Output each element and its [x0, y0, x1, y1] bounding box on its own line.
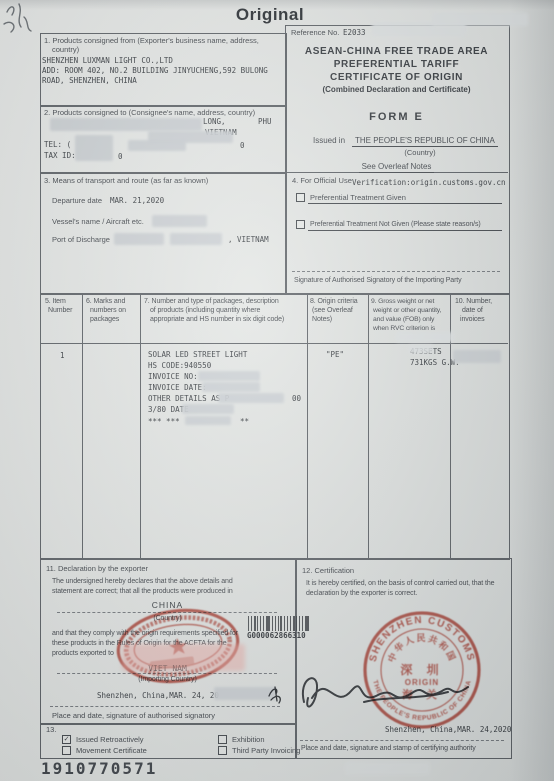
vessel-label: Vessel's name / Aircraft etc. — [52, 217, 144, 226]
header-weight-3: and value (FOB) only — [373, 316, 434, 323]
declaration-place-date: Shenzhen, China,MAR. 24, 20 — [97, 691, 219, 700]
redaction-stamp-pink — [122, 644, 245, 671]
box12-label: 12. Certification — [302, 566, 354, 575]
redaction-port-1 — [114, 233, 164, 245]
box3-label: 3. Means of transport and route (as far … — [44, 176, 208, 185]
redaction-consignee-4 — [128, 140, 186, 151]
third-party-invoicing-checkbox — [218, 746, 227, 755]
importing-signature-caption: Signature of Authorised Signatory of the… — [294, 277, 462, 284]
row-desc-7: *** *** — [148, 417, 180, 426]
movement-certificate-label: Movement Certificate — [76, 746, 147, 755]
port-label: Port of Discharge — [52, 235, 110, 244]
stamp-arc-inner: 中华人民共和国 — [385, 632, 459, 664]
row-desc-1: SOLAR LED STREET LIGHT — [148, 350, 247, 359]
verification-url: Verification:origin.customs.gov.cn — [352, 178, 506, 187]
issued-in-value: THE PEOPLE'S REPUBLIC OF CHINA — [352, 136, 498, 147]
box4-label: 4. For Official Use — [292, 176, 352, 185]
header-marks-1: 6. Marks and — [86, 298, 125, 305]
reference-value: E2033 — [343, 28, 366, 37]
redaction-invoice-no — [198, 371, 260, 381]
row-desc-5b: 00 — [292, 394, 301, 403]
declaration-text1a: The undersigned hereby declares that the… — [52, 578, 233, 585]
redaction-header-weight — [396, 332, 454, 342]
overleaf-note-text: See Overleaf Notes — [359, 162, 435, 173]
declaration-text1b: statement are correct; that all the prod… — [52, 588, 233, 595]
preferential-given-label: Preferential Treatment Given — [310, 193, 406, 202]
box2-label: 2. Products consigned to (Consignee's na… — [44, 108, 255, 117]
certifier-signature — [298, 662, 483, 722]
header-item-2: Number — [48, 307, 72, 314]
exporter-address2: ROAD, SHENZHEN, CHINA — [42, 76, 137, 85]
svg-text:中华人民共和国: 中华人民共和国 — [385, 632, 459, 664]
exhibition-label: Exhibition — [232, 735, 265, 744]
certificate-title-3: CERTIFICATE OF ORIGIN — [285, 72, 508, 83]
header-marks-2: numbers on — [90, 307, 126, 314]
box1-label: 1. Products consigned from (Exporter's b… — [44, 36, 259, 45]
row-item-number: 1 — [60, 351, 65, 360]
consignee-frag-long: LONG, — [203, 117, 226, 126]
header-desc-2: of products (including quantity where — [150, 307, 260, 314]
table-col-line-2 — [140, 293, 141, 558]
preferential-given-checkbox — [296, 193, 305, 202]
row-desc-3: INVOICE NO: — [148, 372, 198, 381]
redaction-port-2 — [170, 233, 222, 245]
form-e-label: FORM E — [285, 111, 508, 123]
header-invoice-2: date of — [462, 307, 483, 314]
departure-value: MAR. 21,2020 — [110, 196, 164, 205]
header-weight-4: when RVC criterion is — [373, 325, 435, 332]
redaction-cert-corner — [345, 762, 430, 775]
table-header-line — [40, 343, 508, 344]
consignee-frag-tax2: 0 — [118, 152, 123, 161]
row-desc-4: INVOICE DATE: — [148, 383, 207, 392]
redaction-date-380 — [182, 404, 234, 414]
third-party-invoicing-label: Third Party Invoicing — [232, 746, 300, 755]
importing-signature-dashline — [292, 271, 500, 272]
departure-label: Departure date — [52, 196, 102, 205]
exporter-name: SHENZHEN LUXMAN LIGHT CO.,LTD — [42, 56, 173, 65]
certificate-title-4: (Combined Declaration and Certificate) — [285, 85, 508, 94]
box11-label: 11. Declaration by the exporter — [46, 564, 148, 573]
preferential-given-line — [308, 203, 502, 204]
declaration-sig-dashline — [50, 706, 280, 707]
redaction-invoice-col — [453, 350, 501, 363]
overleaf-note: See Overleaf Notes — [285, 162, 508, 171]
header-marks-3: packages — [90, 316, 119, 323]
issued-in-caption: (Country) — [330, 148, 510, 157]
redaction-invoice-date — [202, 382, 260, 392]
consignee-frag-tel2: 0 — [240, 141, 245, 150]
header-invoice-3: invoices — [460, 316, 485, 323]
issued-in-label: Issued in — [313, 136, 345, 145]
redaction-consignee-3 — [75, 135, 113, 161]
port-value-suffix: , VIETNAM — [228, 235, 269, 244]
redaction-consignee-1 — [50, 118, 202, 131]
preferential-notgiven-line — [308, 230, 502, 231]
box1-label2: country) — [52, 45, 79, 54]
header-invoice-1: 10. Number, — [455, 298, 492, 305]
table-col-line-1 — [82, 293, 83, 558]
header-desc-1: 7. Number and type of packages, descript… — [144, 298, 279, 305]
certificate-title-2: PREFERENTIAL TARIFF — [285, 59, 508, 70]
redaction-other-details — [218, 393, 284, 403]
consignee-frag-phu: PHU — [258, 117, 272, 126]
certification-text2: declaration by the exporter is correct. — [306, 590, 417, 597]
exhibition-checkbox — [218, 735, 227, 744]
certificate-title-1: ASEAN-CHINA FREE TRADE AREA — [285, 46, 508, 57]
table-col-line-3 — [307, 293, 308, 558]
preferential-notgiven-checkbox — [296, 220, 305, 229]
box13-label: 13. — [46, 725, 56, 734]
redaction-reference-top — [432, 13, 528, 26]
redaction-quantity — [409, 345, 433, 354]
row-desc-2: HS CODE:940550 — [148, 361, 211, 370]
table-col-line-4 — [368, 293, 369, 558]
scanned-certificate: Original 1. Products consigned from (Exp… — [0, 0, 554, 781]
issued-retroactively-checkbox: ✓ — [62, 735, 71, 744]
scan-right-shadow — [510, 0, 554, 781]
consignee-frag-tel: TEL: ( — [44, 140, 71, 149]
header-desc-3: appropriate and HS number in six digit c… — [150, 316, 284, 323]
row-origin-criteria: "PE" — [326, 350, 344, 359]
header-origin-2: (see Overleaf — [312, 307, 353, 314]
header-weight-2: weight or other quantity, — [373, 307, 441, 314]
redaction-stars — [185, 416, 231, 425]
consignee-frag-tax: TAX ID: — [44, 151, 76, 160]
serial-number: 1910770571 — [41, 759, 157, 778]
movement-certificate-checkbox — [62, 746, 71, 755]
issued-retroactively-label: Issued Retroactively — [76, 735, 144, 744]
preferential-notgiven-label: Preferential Treatment Not Given (Please… — [310, 221, 481, 228]
row-desc-7b: ** — [240, 417, 249, 426]
declaration-text2c: products exported to — [52, 650, 114, 657]
barcode — [248, 616, 311, 631]
barcode-number: G000062866310 — [247, 631, 306, 640]
checkmark-icon: ✓ — [64, 736, 70, 743]
exporter-address1: ADD: ROOM 402, NO.2 BUILDING JINYUCHENG,… — [42, 66, 268, 75]
certification-text1: It is hereby certified, on the basis of … — [306, 580, 494, 587]
certification-caption: Place and date, signature and stamp of c… — [301, 745, 476, 752]
certification-dashline — [300, 740, 504, 741]
reference-label: Reference No. — [291, 28, 339, 37]
header-origin-3: Notes) — [312, 316, 332, 323]
handwritten-mark — [266, 684, 286, 704]
redaction-vessel — [152, 215, 207, 227]
header-weight-1: 9. Gross weight or net — [371, 298, 434, 305]
header-item-1: 5. Item — [45, 298, 66, 305]
declaration-sig-caption: Place and date, signature of authorised … — [52, 711, 215, 720]
header-origin-1: 8. Origin criteria — [310, 298, 358, 305]
